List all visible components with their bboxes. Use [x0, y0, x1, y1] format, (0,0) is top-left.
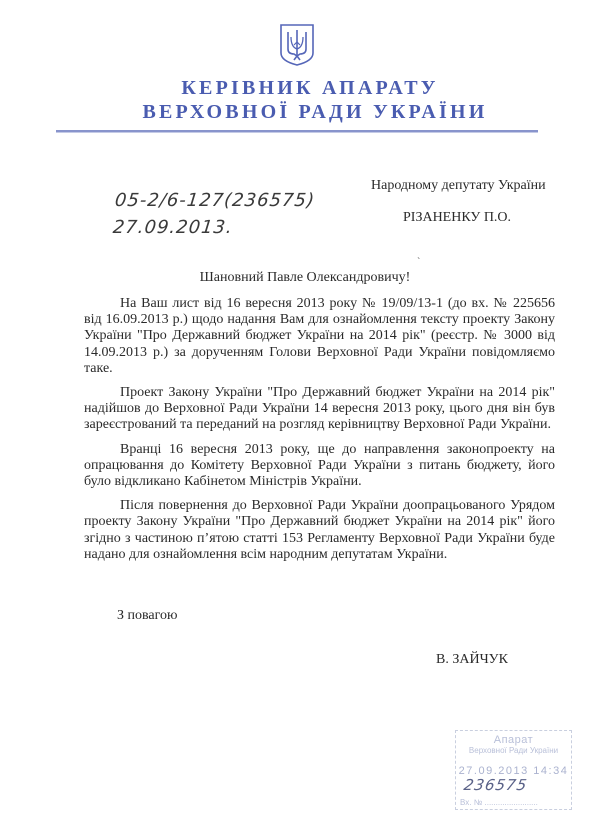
recipient-name: РІЗАНЕНКУ П.О.: [403, 210, 511, 226]
stamp-line1: Апарат: [456, 734, 571, 746]
incoming-stamp: Апарат Верховної Ради України 27.09.2013…: [455, 730, 572, 810]
stamp-label: Вх. № ........................: [460, 798, 538, 807]
letter-body: На Ваш лист від 16 вересня 2013 року № 1…: [84, 296, 555, 571]
letterhead-title-line1: КЕРІВНИК АПАРАТУ: [0, 77, 590, 100]
paragraph: Проект Закону України "Про Державний бюд…: [84, 385, 555, 434]
paragraph: Після повернення до Верховної Ради Украї…: [84, 498, 555, 563]
letterhead-divider: [56, 130, 538, 133]
stamp-label-text: Вх. №: [460, 798, 482, 807]
stray-mark: `: [417, 257, 420, 268]
stamp-incoming-number: 236575: [462, 776, 528, 794]
recipient-position: Народному депутату України: [371, 178, 546, 194]
signer-name: В. ЗАЙЧУК: [436, 652, 508, 668]
closing: З повагою: [117, 608, 178, 624]
paragraph: Вранці 16 вересня 2013 року, ще до напра…: [84, 442, 555, 491]
trident-emblem-icon: [278, 23, 316, 67]
outgoing-date: 27.09.2013.: [112, 217, 234, 238]
letterhead-title-line2: ВЕРХОВНОЇ РАДИ УКРАЇНИ: [0, 101, 590, 124]
stamp-line2: Верховної Ради України: [456, 746, 571, 755]
salutation: Шановний Павле Олександровичу!: [0, 270, 590, 286]
outgoing-number: 05-2/6-127(236575): [114, 190, 316, 211]
paragraph: На Ваш лист від 16 вересня 2013 року № 1…: [84, 296, 555, 377]
